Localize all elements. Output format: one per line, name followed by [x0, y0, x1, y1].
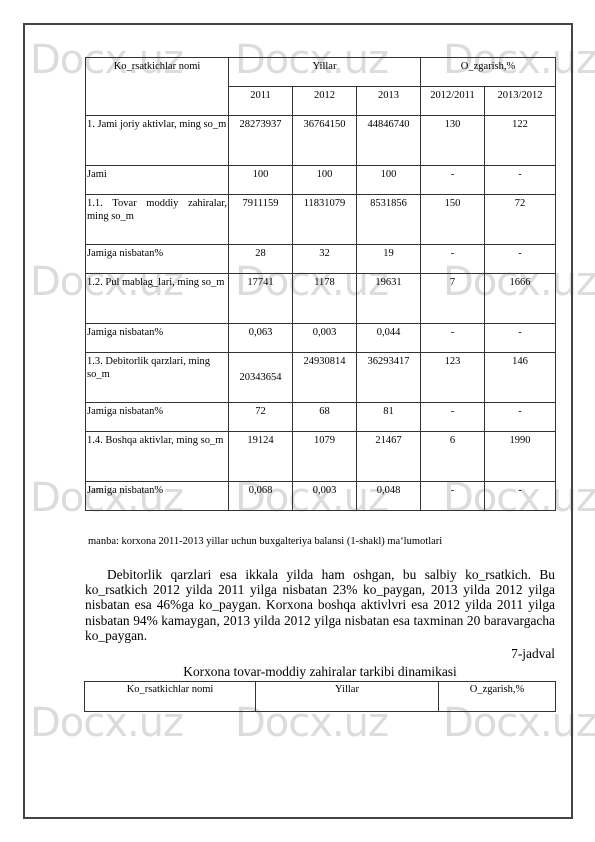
cell-value: 20343654 — [229, 353, 293, 403]
cell-value: 24930814 — [293, 353, 357, 403]
cell-value: 0,048 — [357, 482, 421, 511]
cell-value: 19 — [357, 245, 421, 274]
cell-value: 17741 — [229, 274, 293, 324]
row-label: Jamiga nisbatan% — [86, 482, 229, 511]
cell-value: 32 — [293, 245, 357, 274]
table-number: 7-jadval — [511, 646, 555, 662]
cell-value: 28 — [229, 245, 293, 274]
header-year-2012: 2012 — [293, 87, 357, 116]
row-label: 1.1. Tovar moddiy zahiralar, ming so_m — [86, 195, 229, 245]
cell-value: - — [421, 166, 485, 195]
header-change-2013-2012: 2013/2012 — [485, 87, 556, 116]
cell-value: 123 — [421, 353, 485, 403]
cell-value: 44846740 — [357, 116, 421, 166]
header-change-2012-2011: 2012/2011 — [421, 87, 485, 116]
cell-value: - — [485, 482, 556, 511]
row-label: Jamiga nisbatan% — [86, 403, 229, 432]
table-row: 1.1. Tovar moddiy zahiralar, ming so_m 7… — [86, 195, 556, 245]
header-years: Yillar — [229, 58, 421, 87]
cell-value: 19631 — [357, 274, 421, 324]
cell-value: 7911159 — [229, 195, 293, 245]
row-label: 1.3. Debitorlik qarzlari, ming so_m — [86, 353, 229, 403]
cell-value: 72 — [229, 403, 293, 432]
table-row: 1. Jami joriy aktivlar, ming so_m 282739… — [86, 116, 556, 166]
cell-value: - — [485, 403, 556, 432]
table-caption: Korxona tovar-moddiy zahiralar tarkibi d… — [85, 664, 555, 680]
inventory-table: Ko_rsatkichlar nomi Yillar O_zgarish,% — [84, 681, 556, 712]
table-row: Jamiga nisbatan% 0,063 0,003 0,044 - - — [86, 324, 556, 353]
cell-value: 0,068 — [229, 482, 293, 511]
cell-value: 0,003 — [293, 324, 357, 353]
cell-value: 0,044 — [357, 324, 421, 353]
table-source-note: manba: korxona 2011-2013 yillar uchun bu… — [88, 536, 442, 547]
cell-value: 28273937 — [229, 116, 293, 166]
cell-value: 19124 — [229, 432, 293, 482]
table-row: 1.4. Boshqa aktivlar, ming so_m 19124 10… — [86, 432, 556, 482]
row-label: Jami — [86, 166, 229, 195]
cell-value: 100 — [293, 166, 357, 195]
cell-value: 11831079 — [293, 195, 357, 245]
cell-value: 1666 — [485, 274, 556, 324]
cell-value: 100 — [357, 166, 421, 195]
cell-value: 21467 — [357, 432, 421, 482]
body-paragraph: Debitorlik qarzlari esa ikkala yilda ham… — [85, 567, 555, 643]
cell-value: 1178 — [293, 274, 357, 324]
header-year-2011: 2011 — [229, 87, 293, 116]
header-change: O_zgarish,% — [439, 682, 556, 712]
table-row: Jami 100 100 100 - - — [86, 166, 556, 195]
cell-value: 1990 — [485, 432, 556, 482]
cell-value: 122 — [485, 116, 556, 166]
table-row: Jamiga nisbatan% 72 68 81 - - — [86, 403, 556, 432]
assets-table: Ko_rsatkichlar nomi Yillar O_zgarish,% 2… — [85, 57, 556, 511]
cell-value: - — [485, 324, 556, 353]
table-row: Jamiga nisbatan% 28 32 19 - - — [86, 245, 556, 274]
cell-value: - — [421, 482, 485, 511]
header-years: Yillar — [256, 682, 439, 712]
cell-value: 130 — [421, 116, 485, 166]
cell-value: - — [485, 245, 556, 274]
row-label: 1. Jami joriy aktivlar, ming so_m — [86, 116, 229, 166]
row-label: 1.2. Pul mablag_lari, ming so_m — [86, 274, 229, 324]
header-change: O_zgarish,% — [421, 58, 556, 87]
cell-value: 36764150 — [293, 116, 357, 166]
table-row: 1.3. Debitorlik qarzlari, ming so_m 2034… — [86, 353, 556, 403]
cell-value: 8531856 — [357, 195, 421, 245]
cell-value: - — [421, 324, 485, 353]
row-label: Jamiga nisbatan% — [86, 245, 229, 274]
cell-value: 1079 — [293, 432, 357, 482]
cell-value: 0,003 — [293, 482, 357, 511]
cell-value: 146 — [485, 353, 556, 403]
cell-value: 6 — [421, 432, 485, 482]
document-page: Ko_rsatkichlar nomi Yillar O_zgarish,% 2… — [0, 0, 595, 842]
table-row: Jamiga nisbatan% 0,068 0,003 0,048 - - — [86, 482, 556, 511]
row-label: Jamiga nisbatan% — [86, 324, 229, 353]
cell-value: 7 — [421, 274, 485, 324]
header-indicator-name: Ko_rsatkichlar nomi — [85, 682, 256, 712]
table-row: 1.2. Pul mablag_lari, ming so_m 17741 11… — [86, 274, 556, 324]
cell-value: 72 — [485, 195, 556, 245]
row-label: 1.4. Boshqa aktivlar, ming so_m — [86, 432, 229, 482]
cell-value: - — [485, 166, 556, 195]
cell-value: 68 — [293, 403, 357, 432]
cell-value: 100 — [229, 166, 293, 195]
cell-value: 0,063 — [229, 324, 293, 353]
cell-value: 150 — [421, 195, 485, 245]
cell-value: - — [421, 245, 485, 274]
cell-value: - — [421, 403, 485, 432]
header-year-2013: 2013 — [357, 87, 421, 116]
cell-value: 81 — [357, 403, 421, 432]
header-indicator-name: Ko_rsatkichlar nomi — [86, 58, 229, 116]
cell-value: 36293417 — [357, 353, 421, 403]
